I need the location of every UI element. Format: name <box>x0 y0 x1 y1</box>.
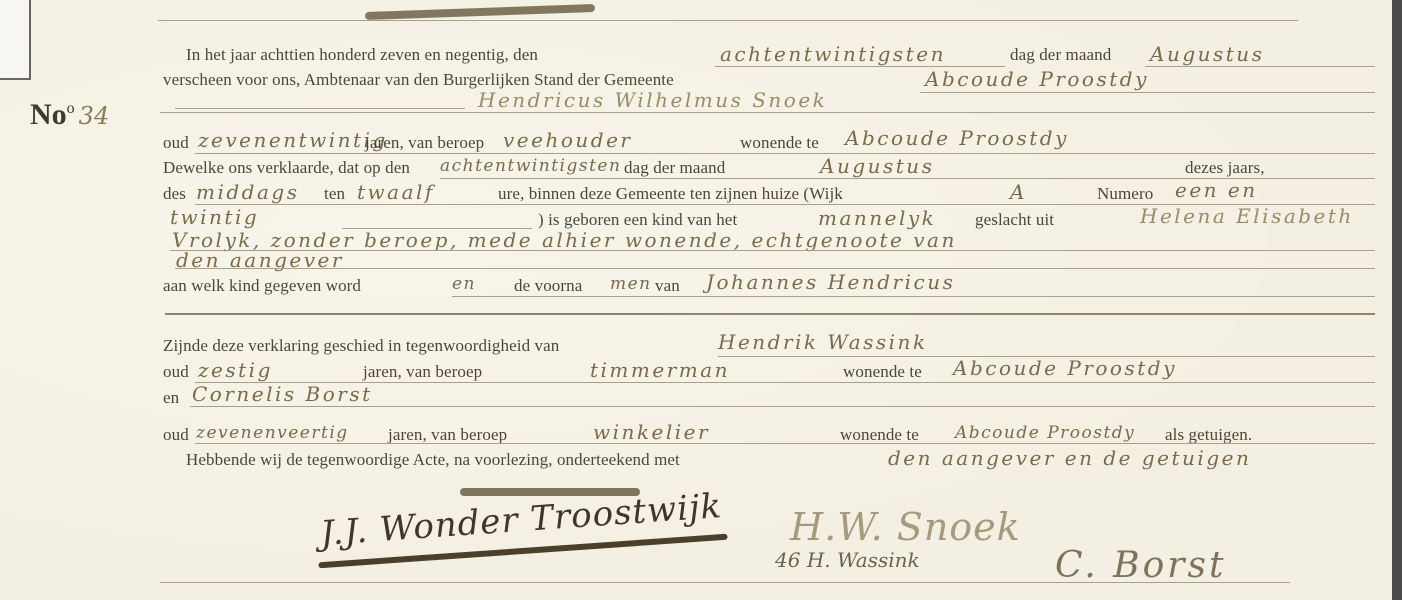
handwritten-mother-name: Helena Elisabeth <box>1140 204 1354 228</box>
printed-text: geslacht uit <box>975 210 1054 230</box>
handwritten-time-of-day: middags <box>196 180 299 204</box>
handwritten-ward: A <box>1010 180 1027 204</box>
ruled-line <box>158 20 1298 21</box>
signature-witness1: 46 H. Wassink <box>775 548 920 572</box>
handwritten-witness2-age: zevenenveertig <box>196 423 349 443</box>
handwritten-witness1-name: Hendrik Wassink <box>718 330 928 354</box>
handwritten-witness1-occupation: timmerman <box>590 358 730 382</box>
document-page: Noo34 In het jaar achttien honderd zeven… <box>0 0 1392 600</box>
printed-text: als getuigen. <box>1165 425 1252 445</box>
printed-text: dag der maand <box>1010 45 1111 65</box>
handwritten-witness1-age: zestig <box>198 358 273 382</box>
printed-text: In het jaar achttien honderd zeven en ne… <box>186 45 538 65</box>
printed-text: wonende te <box>740 133 819 153</box>
ruled-line <box>160 112 1375 113</box>
handwritten-father-name: Hendricus Wilhelmus Snoek <box>478 88 827 112</box>
ruled-line <box>160 582 1290 583</box>
printed-text: jaren, van beroep <box>388 425 507 445</box>
handwritten-suffix: en <box>452 274 476 294</box>
previous-signature-flourish <box>365 4 595 20</box>
ruled-line <box>170 250 1375 251</box>
handwritten-occupation: veehouder <box>503 128 632 152</box>
printed-text: dag der maand <box>624 158 725 178</box>
printed-text: oud <box>163 133 189 153</box>
printed-text: en <box>163 388 179 408</box>
handwritten-witness2-name: Cornelis Borst <box>192 382 373 406</box>
signature-father: H.W. Snoek <box>790 505 1021 549</box>
handwritten-child-name: Johannes Hendricus <box>706 270 955 294</box>
viewer-background <box>1392 0 1402 600</box>
handwritten-witness2-occupation: winkelier <box>593 420 710 444</box>
handwritten-house-number-cont: twintig <box>170 205 259 229</box>
printed-text: dezes jaars, <box>1185 158 1265 178</box>
signature-witness2: C. Borst <box>1055 545 1226 586</box>
printed-text: Numero <box>1097 184 1153 204</box>
handwritten-hour: twaalf <box>357 180 435 204</box>
printed-text: Zijnde deze verklaring geschied in tegen… <box>163 336 559 356</box>
printed-text: aan welk kind gegeven word <box>163 276 361 296</box>
handwritten-birth-month: Augustus <box>820 154 934 178</box>
handwritten-day: achtentwintigsten <box>720 42 946 66</box>
handwritten-signatories: den aangever en de getuigen <box>888 446 1251 470</box>
handwritten-witness1-residence: Abcoude Proostdy <box>953 356 1177 380</box>
handwritten-suffix: men <box>610 274 652 294</box>
printed-text: ) is geboren een kind van het <box>538 210 737 230</box>
handwritten-witness2-residence: Abcoude Proostdy <box>955 423 1135 443</box>
printed-text: oud <box>163 362 189 382</box>
printed-text: jaren, van beroep <box>365 133 484 153</box>
printed-text: jaren, van beroep <box>363 362 482 382</box>
section-divider <box>165 313 1375 315</box>
printed-text: ure, binnen deze Gemeente ten zijnen hui… <box>498 184 843 204</box>
record-number: Noo34 <box>30 98 109 132</box>
record-number-value: 34 <box>79 102 110 130</box>
handwritten-age: zevenentwintig <box>198 128 388 152</box>
printed-text: ten <box>324 184 345 204</box>
printed-text: Hebbende wij de tegenwoordige Acte, na v… <box>186 450 680 470</box>
printed-text: van <box>655 276 680 296</box>
ruled-line <box>452 296 1375 297</box>
ruled-line <box>195 443 1375 444</box>
ruled-line <box>190 406 1375 407</box>
printed-text: verscheen voor ons, Ambtenaar van den Bu… <box>163 70 674 90</box>
handwritten-municipality: Abcoude Proostdy <box>925 67 1149 91</box>
printed-text: wonende te <box>840 425 919 445</box>
printed-text: Dewelke ons verklaarde, dat op den <box>163 158 410 178</box>
overlay-panel <box>0 0 31 80</box>
ruled-line <box>175 268 1375 269</box>
ruled-line <box>175 108 465 109</box>
printed-text: des <box>163 184 186 204</box>
handwritten-birth-day: achtentwintigsten <box>440 156 621 176</box>
ruled-line <box>195 153 1375 154</box>
printed-text: de voorna <box>514 276 582 296</box>
ruled-line <box>920 92 1375 93</box>
handwritten-house-number: een en <box>1175 178 1258 202</box>
printed-text: oud <box>163 425 189 445</box>
ruled-line <box>1145 66 1375 67</box>
printed-text: wonende te <box>843 362 922 382</box>
handwritten-sex: mannelyk <box>818 206 936 230</box>
handwritten-month: Augustus <box>1150 42 1264 66</box>
handwritten-residence: Abcoude Proostdy <box>845 126 1069 150</box>
